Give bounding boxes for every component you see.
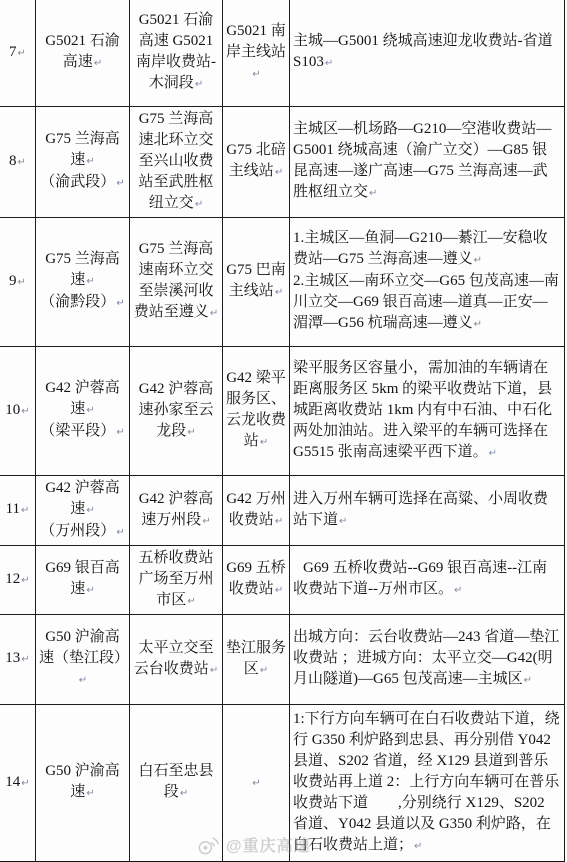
paragraph-mark-icon: ↵ xyxy=(86,505,94,516)
highway-name: G50 沪渝高速（垫江段） xyxy=(39,629,129,666)
paragraph-mark-icon: ↵ xyxy=(116,178,124,189)
paragraph-mark-icon: ↵ xyxy=(474,319,482,330)
highway-name-sub: （渝武段） xyxy=(40,174,115,190)
highway-name: G42 沪蓉高速 xyxy=(45,380,120,417)
paragraph-mark-icon: ↵ xyxy=(86,276,94,287)
paragraph-mark-icon: ↵ xyxy=(180,788,188,799)
paragraph-mark-icon: ↵ xyxy=(21,406,29,417)
paragraph-mark-icon: ↵ xyxy=(187,427,195,438)
station-cell: G5021 南岸主线站↵ xyxy=(223,0,290,106)
highway-name-cell: G42 沪蓉高速↵ （梁平段）↵ xyxy=(36,346,130,475)
paragraph-mark-icon: ↵ xyxy=(202,516,210,527)
detour-info-cell: 主城区—机场路—G210—空港收费站—G5001 绕城高速（渝广立交）—G85 … xyxy=(290,106,565,217)
row-number: 7 xyxy=(9,44,17,60)
road-section: 白石至忠县段 xyxy=(138,763,213,800)
road-section-cell: G42 沪蓉高速万州段↵ xyxy=(130,475,223,545)
highway-name-cell: G50 沪渝高速（垫江段）↵ xyxy=(36,614,130,704)
paragraph-mark-icon: ↵ xyxy=(21,505,29,516)
paragraph-mark-icon: ↵ xyxy=(275,585,283,596)
paragraph-mark-icon: ↵ xyxy=(195,79,203,90)
paragraph-mark-icon: ↵ xyxy=(339,516,347,527)
highway-name: G50 沪渝高速 xyxy=(45,763,120,800)
table-row: 14↵ G50 沪渝高速↵ 白石至忠县段↵ ↵ 1:下行方向车辆可在白石收费站下… xyxy=(0,704,565,862)
road-section-cell: G5021 石渝高速 G5021 南岸收费站-木洞段↵ xyxy=(130,0,223,106)
highway-name-cell: G42 沪蓉高速↵ （万州段）↵ xyxy=(36,475,130,545)
row-number: 9 xyxy=(9,273,17,289)
highway-name: G42 沪蓉高速 xyxy=(45,480,120,517)
detour-info-cell: 梁平服务区容量小，需加油的车辆请在距离服务区 5km 的梁平收费站下道，县城距离… xyxy=(290,346,565,475)
row-number: 13 xyxy=(5,650,20,666)
station-cell: 垫江服务区↵ xyxy=(223,614,290,704)
highway-name-cell: G50 沪渝高速↵ xyxy=(36,704,130,862)
paragraph-mark-icon: ↵ xyxy=(86,405,94,416)
road-section: G5021 石渝高速 G5021 南岸收费站-木洞段 xyxy=(136,12,216,91)
paragraph-mark-icon: ↵ xyxy=(187,596,195,607)
row-number-cell: 14↵ xyxy=(0,704,36,862)
paragraph-mark-icon: ↵ xyxy=(116,427,124,438)
station: G42 梁平服务区、云龙收费站 xyxy=(226,370,286,449)
row-number: 11 xyxy=(6,501,20,517)
paragraph-mark-icon: ↵ xyxy=(86,156,94,167)
paragraph-mark-icon: ↵ xyxy=(116,298,124,309)
paragraph-mark-icon: ↵ xyxy=(86,585,94,596)
table-row: 10↵ G42 沪蓉高速↵ （梁平段）↵ G42 沪蓉高速孙家至云龙段↵ G42… xyxy=(0,346,565,475)
paragraph-mark-icon: ↵ xyxy=(275,287,283,298)
road-section-cell: G42 沪蓉高速孙家至云龙段↵ xyxy=(130,346,223,475)
table-row: 11↵ G42 沪蓉高速↵ （万州段）↵ G42 沪蓉高速万州段↵ G42 万州… xyxy=(0,475,565,545)
road-section-cell: 白石至忠县段↵ xyxy=(130,704,223,862)
detour-info-cell: 主城—G5001 绕城高速迎龙收费站-省道 S103↵ xyxy=(290,0,565,106)
row-number: 8 xyxy=(9,153,17,169)
paragraph-mark-icon: ↵ xyxy=(21,778,29,789)
row-number-cell: 8↵ xyxy=(0,106,36,217)
table-row: 7↵ G5021 石渝高速↵ G5021 石渝高速 G5021 南岸收费站-木洞… xyxy=(0,0,565,106)
paragraph-mark-icon: ↵ xyxy=(275,516,283,527)
paragraph-mark-icon: ↵ xyxy=(325,58,333,69)
detour-info-cell: 1:下行方向车辆可在白石收费站下道，绕行 G350 利炉路到忠县、再分别借 Y0… xyxy=(290,704,565,862)
paragraph-mark-icon: ↵ xyxy=(94,58,102,69)
row-number: 12 xyxy=(5,571,20,587)
paragraph-mark-icon: ↵ xyxy=(18,277,26,288)
detour-info-cell: 进入万州车辆可选择在高粱、小周收费站下道↵ xyxy=(290,475,565,545)
row-number-cell: 9↵ xyxy=(0,217,36,346)
detour-info-2: 2.主城区—南环立交—G65 包茂高速—南川立交—G69 银百高速—道真—正安—… xyxy=(293,273,559,331)
table-row: 12↵ G69 银百高速↵ 五桥收费站广场至万州市区↵ G69 五桥收费站↵ G… xyxy=(0,545,565,614)
paragraph-mark-icon: ↵ xyxy=(195,199,203,210)
detour-info-cell: 1.主城区—鱼洞—G210—綦江—安稳收费站—G75 兰海高速—遵义↵ 2.主城… xyxy=(290,217,565,346)
detour-info: 出城方向：云台收费站—243 省道—垫江收费站 ；进城方向：太平立交—G42(明… xyxy=(293,629,559,687)
paragraph-mark-icon: ↵ xyxy=(369,188,377,199)
paragraph-mark-icon: ↵ xyxy=(474,255,482,266)
station-cell: G42 万州收费站↵ xyxy=(223,475,290,545)
road-section-cell: G75 兰海高速南环立交至崇溪河收费站至遵义↵ xyxy=(130,217,223,346)
station-cell: G75 北碚主线站↵ xyxy=(223,106,290,217)
paragraph-mark-icon: ↵ xyxy=(524,675,532,686)
station: 垫江服务区 xyxy=(226,640,286,677)
row-number-cell: 13↵ xyxy=(0,614,36,704)
road-section: 太平立交至云台收费站 xyxy=(134,640,214,677)
detour-info: G69 五桥收费站--G69 银百高速--江南收费站下道--万州市区。 xyxy=(293,560,547,597)
station-cell: G75 巴南主线站↵ xyxy=(223,217,290,346)
table-row: 13↵ G50 沪渝高速（垫江段）↵ 太平立交至云台收费站↵ 垫江服务区↵ 出城… xyxy=(0,614,565,704)
road-section: G42 沪蓉高速孙家至云龙段 xyxy=(138,381,213,439)
row-number: 14 xyxy=(5,774,20,790)
highway-name-sub: （梁平段） xyxy=(40,423,115,439)
highway-name-cell: G5021 石渝高速↵ xyxy=(36,0,130,106)
row-number-cell: 12↵ xyxy=(0,545,36,614)
paragraph-mark-icon: ↵ xyxy=(86,788,94,799)
detour-info-1: 1.主城区—鱼洞—G210—綦江—安稳收费站—G75 兰海高速—遵义 xyxy=(293,230,548,267)
paragraph-mark-icon: ↵ xyxy=(252,778,260,789)
highway-name-sub: （渝黔段） xyxy=(40,294,115,310)
highway-name: G69 银百高速 xyxy=(45,560,120,597)
paragraph-mark-icon: ↵ xyxy=(414,841,422,852)
paragraph-mark-icon: ↵ xyxy=(210,665,218,676)
paragraph-mark-icon: ↵ xyxy=(21,654,29,665)
paragraph-mark-icon: ↵ xyxy=(454,585,462,596)
table-row: 8↵ G75 兰海高速↵ （渝武段）↵ G75 兰海高速北环立交至兴山收费站至武… xyxy=(0,106,565,217)
highway-name: G5021 石渝高速 xyxy=(45,33,120,70)
paragraph-mark-icon: ↵ xyxy=(18,48,26,59)
detour-info: 梁平服务区容量小，需加油的车辆请在距离服务区 5km 的梁平收费站下道，县城距离… xyxy=(293,360,552,460)
detour-table: 7↵ G5021 石渝高速↵ G5021 石渝高速 G5021 南岸收费站-木洞… xyxy=(0,0,565,862)
detour-info-cell: G69 五桥收费站--G69 银百高速--江南收费站下道--万州市区。↵ xyxy=(290,545,565,614)
road-section-cell: G75 兰海高速北环立交至兴山收费站至武胜枢纽立交↵ xyxy=(130,106,223,217)
paragraph-mark-icon: ↵ xyxy=(252,69,260,80)
detour-info-cell: 出城方向：云台收费站—243 省道—垫江收费站 ；进城方向：太平立交—G42(明… xyxy=(290,614,565,704)
road-section: G75 兰海高速北环立交至兴山收费站至武胜枢纽立交 xyxy=(138,111,213,211)
station-cell: G42 梁平服务区、云龙收费站↵ xyxy=(223,346,290,475)
paragraph-mark-icon: ↵ xyxy=(260,665,268,676)
paragraph-mark-icon: ↵ xyxy=(79,675,87,686)
highway-name-sub: （万州段） xyxy=(40,523,115,539)
paragraph-mark-icon: ↵ xyxy=(21,575,29,586)
paragraph-mark-icon: ↵ xyxy=(275,167,283,178)
row-number-cell: 7↵ xyxy=(0,0,36,106)
road-section-cell: 五桥收费站广场至万州市区↵ xyxy=(130,545,223,614)
highway-name-cell: G75 兰海高速↵ （渝武段）↵ xyxy=(36,106,130,217)
detour-info: 1:下行方向车辆可在白石收费站下道，绕行 G350 利炉路到忠县、再分别借 Y0… xyxy=(293,711,560,853)
paragraph-mark-icon: ↵ xyxy=(260,437,268,448)
highway-name: G75 兰海高速 xyxy=(45,131,120,168)
highway-name-cell: G75 兰海高速↵ （渝黔段）↵ xyxy=(36,217,130,346)
detour-info: 主城区—机场路—G210—空港收费站—G5001 绕城高速（渝广立交）—G85 … xyxy=(293,121,551,200)
highway-name: G75 兰海高速 xyxy=(45,251,120,288)
station: G5021 南岸主线站 xyxy=(226,23,286,60)
station-cell: G69 五桥收费站↵ xyxy=(223,545,290,614)
road-section: 五桥收费站广场至万州市区 xyxy=(138,550,213,608)
road-section-cell: 太平立交至云台收费站↵ xyxy=(130,614,223,704)
row-number: 10 xyxy=(5,402,20,418)
paragraph-mark-icon: ↵ xyxy=(116,527,124,538)
highway-name-cell: G69 银百高速↵ xyxy=(36,545,130,614)
station-cell: ↵ xyxy=(223,704,290,862)
row-number-cell: 11↵ xyxy=(0,475,36,545)
road-section: G75 兰海高速南环立交至崇溪河收费站至遵义 xyxy=(134,241,214,320)
paragraph-mark-icon: ↵ xyxy=(18,157,26,168)
paragraph-mark-icon: ↵ xyxy=(489,448,497,459)
row-number-cell: 10↵ xyxy=(0,346,36,475)
paragraph-mark-icon: ↵ xyxy=(210,308,218,319)
table-row: 9↵ G75 兰海高速↵ （渝黔段）↵ G75 兰海高速南环立交至崇溪河收费站至… xyxy=(0,217,565,346)
detour-info: 进入万州车辆可选择在高粱、小周收费站下道 xyxy=(293,491,548,528)
